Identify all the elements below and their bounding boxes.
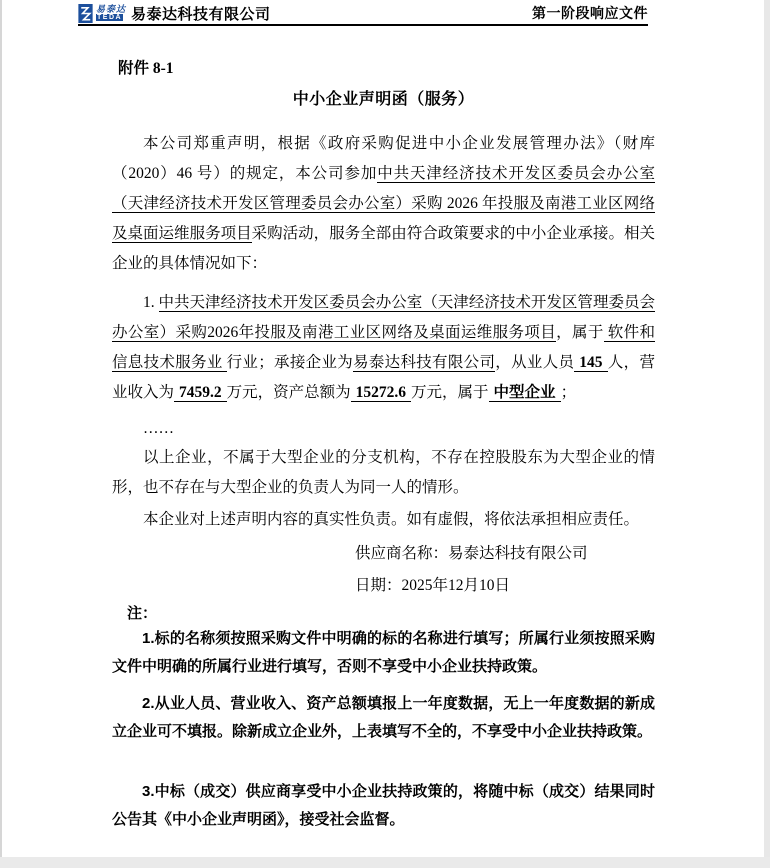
- page-right-edge: [764, 0, 770, 868]
- no-large-enterprise-paragraph: 以上企业，不属于大型企业的分支机构，不存在控股股东为大型企业的情形，也不存在与大…: [112, 443, 655, 503]
- text-end: ；: [561, 384, 577, 401]
- text-belong: ，属于: [556, 324, 604, 341]
- page-left-edge: [0, 0, 2, 868]
- item-number: 1.: [143, 294, 159, 311]
- staff-count-field: 145: [574, 354, 607, 372]
- supplier-name-line: 供应商名称：易泰达科技有限公司: [355, 541, 588, 563]
- note-1: 1.标的名称须按照采购文件中明确的标的名称进行填写；所属行业须按照采购文件中明确…: [112, 625, 655, 680]
- date-line: 日期：2025年12月10日: [355, 573, 510, 595]
- responsibility-paragraph: 本企业对上述声明内容的真实性负责。如有虚假，将依法承担相应责任。: [112, 505, 655, 535]
- document-page: 易泰达 TEDA 易泰达科技有限公司 第一阶段响应文件 附件 8-1 中小企业声…: [0, 0, 770, 868]
- logo-script-text: 易泰达: [96, 5, 126, 14]
- text-industry: 行业；承接企业为: [227, 354, 353, 371]
- page-bottom-edge: [0, 857, 770, 868]
- document-title: 中小企业声明函（服务）: [112, 86, 655, 109]
- enterprise-size-field: 中型企业: [489, 384, 561, 402]
- notes-label: 注：: [112, 600, 655, 628]
- note-2: 2.从业人员、营业收入、资产总额填报上一年度数据，无上一年度数据的新成立企业可不…: [112, 690, 655, 745]
- assets-field: 15272.6: [351, 384, 411, 402]
- page-header: 易泰达 TEDA 易泰达科技有限公司 第一阶段响应文件: [78, 2, 648, 26]
- declaration-paragraph: 本公司郑重声明，根据《政府采购促进中小企业发展管理办法》（财库（2020）46 …: [112, 129, 655, 279]
- ellipsis-line: ……: [112, 414, 655, 444]
- enterprise-detail-item: 1. 中共天津经济技术开发区委员会办公室（天津经济技术开发区管理委员会办公室）采…: [112, 288, 655, 408]
- header-stage-label: 第一阶段响应文件: [532, 3, 648, 23]
- teda-logo-icon: [78, 4, 93, 23]
- text-size: 万元，属于: [411, 384, 489, 401]
- text-assets: 万元，资产总额为: [227, 384, 351, 401]
- logo-wordmark: 易泰达 TEDA: [96, 5, 126, 21]
- text-staff: ，从业人员: [495, 354, 574, 371]
- note-3: 3.中标（成交）供应商享受中小企业扶持政策的，将随中标（成交）结果同时公告其《中…: [112, 778, 655, 833]
- header-company-name: 易泰达科技有限公司: [131, 3, 271, 24]
- undertaking-company-field: 易泰达科技有限公司: [353, 354, 495, 372]
- company-logo: 易泰达 TEDA 易泰达科技有限公司: [78, 3, 271, 24]
- attachment-number: 附件 8-1: [118, 56, 661, 78]
- logo-teda-text: TEDA: [96, 14, 123, 21]
- revenue-field: 7459.2: [174, 384, 227, 402]
